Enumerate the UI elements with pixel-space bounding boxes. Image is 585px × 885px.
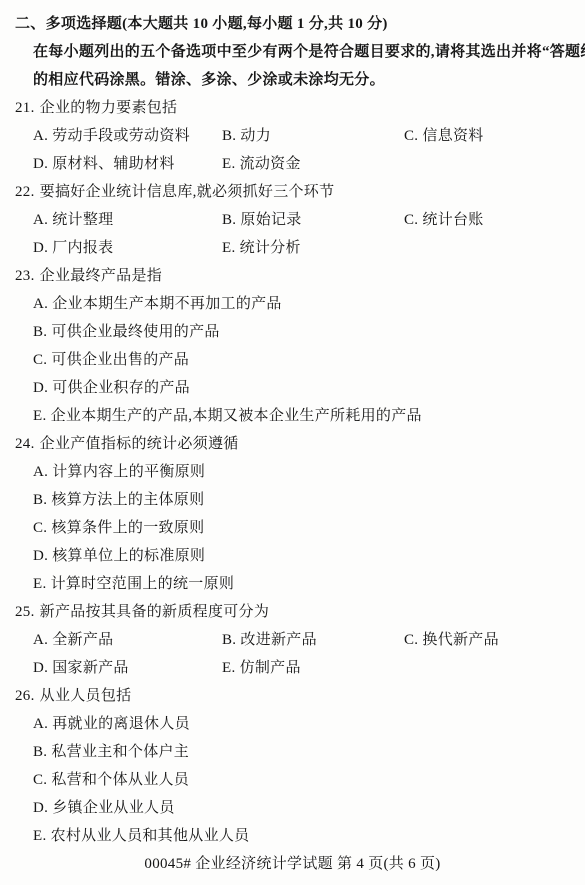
option-b: B. 私营业主和个体户主 xyxy=(33,738,585,766)
question-stem: 21.企业的物力要素包括 xyxy=(0,94,585,122)
question-text: 企业的物力要素包括 xyxy=(40,100,178,116)
option-a: A. 全新产品 xyxy=(33,626,222,654)
option-e: E. 计算时空范围上的统一原则 xyxy=(33,570,585,598)
option-row: E. 企业本期生产的产品,本期又被本企业生产所耗用的产品 xyxy=(0,402,585,430)
question-stem: 26.从业人员包括 xyxy=(0,682,585,710)
question-text: 要搞好企业统计信息库,就必须抓好三个环节 xyxy=(40,184,335,200)
option-b: B. 可供企业最终使用的产品 xyxy=(33,318,585,346)
option-e: E. 农村从业人员和其他从业人员 xyxy=(33,822,585,850)
question-21: 21.企业的物力要素包括 A. 劳动手段或劳动资料 B. 动力 C. 信息资料 … xyxy=(0,94,585,178)
option-row: B. 核算方法上的主体原则 xyxy=(0,486,585,514)
option-row: A. 劳动手段或劳动资料 B. 动力 C. 信息资料 xyxy=(0,122,585,150)
option-e: E. 仿制产品 xyxy=(222,654,404,682)
option-d: D. 核算单位上的标准原则 xyxy=(33,542,585,570)
option-d: D. 厂内报表 xyxy=(33,234,222,262)
question-stem: 23.企业最终产品是指 xyxy=(0,262,585,290)
option-c: C. 信息资料 xyxy=(404,122,585,150)
question-text: 从业人员包括 xyxy=(40,688,132,704)
question-23: 23.企业最终产品是指 A. 企业本期生产本期不再加工的产品 B. 可供企业最终… xyxy=(0,262,585,430)
option-row: D. 核算单位上的标准原则 xyxy=(0,542,585,570)
option-row: A. 统计整理 B. 原始记录 C. 统计台账 xyxy=(0,206,585,234)
option-row: D. 可供企业积存的产品 xyxy=(0,374,585,402)
option-b: B. 原始记录 xyxy=(222,206,404,234)
option-a: A. 企业本期生产本期不再加工的产品 xyxy=(33,290,585,318)
option-row: A. 全新产品 B. 改进新产品 C. 换代新产品 xyxy=(0,626,585,654)
option-e: E. 流动资金 xyxy=(222,150,404,178)
section-heading: 二、多项选择题(本大题共 10 小题,每小题 1 分,共 10 分) xyxy=(0,10,585,38)
option-c: C. 换代新产品 xyxy=(404,626,585,654)
exam-paper-page: 二、多项选择题(本大题共 10 小题,每小题 1 分,共 10 分) 在每小题列… xyxy=(0,0,585,885)
option-d: D. 国家新产品 xyxy=(33,654,222,682)
option-row: E. 计算时空范围上的统一原则 xyxy=(0,570,585,598)
question-number: 26. xyxy=(15,682,35,710)
option-a: A. 计算内容上的平衡原则 xyxy=(33,458,585,486)
question-stem: 24.企业产值指标的统计必须遵循 xyxy=(0,430,585,458)
option-c: C. 统计台账 xyxy=(404,206,585,234)
option-row: E. 农村从业人员和其他从业人员 xyxy=(0,822,585,850)
option-row: B. 可供企业最终使用的产品 xyxy=(0,318,585,346)
option-c: C. 核算条件上的一致原则 xyxy=(33,514,585,542)
option-row: A. 企业本期生产本期不再加工的产品 xyxy=(0,290,585,318)
option-a: A. 劳动手段或劳动资料 xyxy=(33,122,222,150)
option-row: D. 乡镇企业从业人员 xyxy=(0,794,585,822)
page-footer: 00045# 企业经济统计学试题 第 4 页(共 6 页) xyxy=(0,850,585,878)
section-instructions-line2: 的相应代码涂黑。错涂、多涂、少涂或未涂均无分。 xyxy=(0,66,585,94)
question-text: 企业最终产品是指 xyxy=(40,268,162,284)
option-row: D. 厂内报表 E. 统计分析 xyxy=(0,234,585,262)
question-number: 25. xyxy=(15,598,35,626)
question-24: 24.企业产值指标的统计必须遵循 A. 计算内容上的平衡原则 B. 核算方法上的… xyxy=(0,430,585,598)
option-d: D. 可供企业积存的产品 xyxy=(33,374,585,402)
question-number: 21. xyxy=(15,94,35,122)
option-a: A. 统计整理 xyxy=(33,206,222,234)
option-row: C. 可供企业出售的产品 xyxy=(0,346,585,374)
question-number: 22. xyxy=(15,178,35,206)
option-e: E. 统计分析 xyxy=(222,234,404,262)
option-e: E. 企业本期生产的产品,本期又被本企业生产所耗用的产品 xyxy=(33,402,585,430)
question-number: 23. xyxy=(15,262,35,290)
question-text: 企业产值指标的统计必须遵循 xyxy=(40,436,239,452)
option-row: A. 再就业的离退休人员 xyxy=(0,710,585,738)
question-text: 新产品按其具备的新质程度可分为 xyxy=(40,604,270,620)
question-stem: 25.新产品按其具备的新质程度可分为 xyxy=(0,598,585,626)
option-a: A. 再就业的离退休人员 xyxy=(33,710,585,738)
option-b: B. 核算方法上的主体原则 xyxy=(33,486,585,514)
question-stem: 22.要搞好企业统计信息库,就必须抓好三个环节 xyxy=(0,178,585,206)
option-c: C. 可供企业出售的产品 xyxy=(33,346,585,374)
option-row: C. 私营和个体从业人员 xyxy=(0,766,585,794)
option-row: D. 国家新产品 E. 仿制产品 xyxy=(0,654,585,682)
question-26: 26.从业人员包括 A. 再就业的离退休人员 B. 私营业主和个体户主 C. 私… xyxy=(0,682,585,850)
option-row: C. 核算条件上的一致原则 xyxy=(0,514,585,542)
option-d: D. 原材料、辅助材料 xyxy=(33,150,222,178)
option-c: C. 私营和个体从业人员 xyxy=(33,766,585,794)
option-d: D. 乡镇企业从业人员 xyxy=(33,794,585,822)
question-22: 22.要搞好企业统计信息库,就必须抓好三个环节 A. 统计整理 B. 原始记录 … xyxy=(0,178,585,262)
option-row: B. 私营业主和个体户主 xyxy=(0,738,585,766)
question-25: 25.新产品按其具备的新质程度可分为 A. 全新产品 B. 改进新产品 C. 换… xyxy=(0,598,585,682)
option-b: B. 改进新产品 xyxy=(222,626,404,654)
option-row: A. 计算内容上的平衡原则 xyxy=(0,458,585,486)
question-number: 24. xyxy=(15,430,35,458)
section-instructions-line1: 在每小题列出的五个备选项中至少有两个是符合题目要求的,请将其选出并将“答题纸” xyxy=(0,38,585,66)
option-row: D. 原材料、辅助材料 E. 流动资金 xyxy=(0,150,585,178)
option-b: B. 动力 xyxy=(222,122,404,150)
